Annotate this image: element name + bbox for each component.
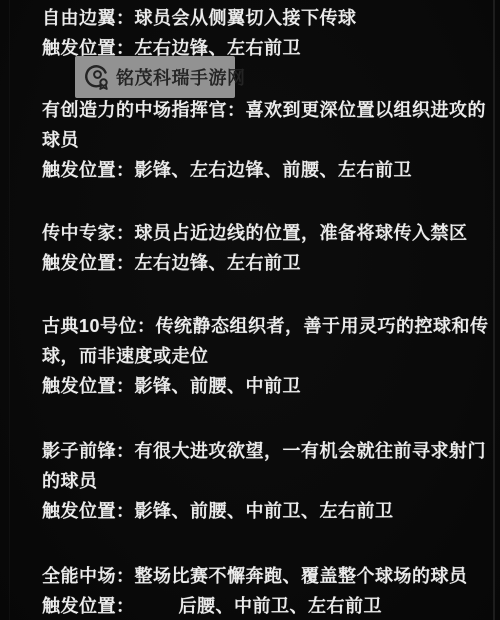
trigger-values: 后腰、中前卫、左右前卫 <box>179 596 383 616</box>
role-description-line: 有创造力的中场指挥官：喜欢到更深位置以组织进攻的 <box>42 95 480 125</box>
role-description-line: 传中专家：球员占近边线的位置，准备将球传入禁区 <box>42 218 480 248</box>
role-section-shadow-striker: 影子前锋：有很大进攻欲望，一有机会就往前寻求射门 的球员 触发位置：影锋、前腰、… <box>42 436 480 526</box>
role-description-line: 的球员 <box>42 466 480 496</box>
role-section-free-winger: 自由边翼：球员会从侧翼切入接下传球 触发位置：左右边锋、左右前卫 <box>42 3 480 63</box>
circle-logo-icon <box>83 62 111 92</box>
role-description-line: 全能中场：整场比赛不懈奔跑、覆盖整个球场的球员 <box>42 561 480 591</box>
watermark-text: 铭茂科瑞手游网 <box>116 64 246 90</box>
role-guide-page: 自由边翼：球员会从侧翼切入接下传球 触发位置：左右边锋、左右前卫 有创造力的中场… <box>0 0 500 620</box>
role-section-box-to-box: 全能中场：整场比赛不懈奔跑、覆盖整个球场的球员 触发位置：后腰、中前卫、左右前卫 <box>42 561 480 620</box>
role-description-line: 影子前锋：有很大进攻欲望，一有机会就往前寻求射门 <box>42 436 480 466</box>
role-section-cross-specialist: 传中专家：球员占近边线的位置，准备将球传入禁区 触发位置：左右边锋、左右前卫 <box>42 218 480 278</box>
trigger-label: 触发位置： <box>42 596 135 616</box>
trigger-positions-line: 触发位置：影锋、前腰、中前卫、左右前卫 <box>42 496 480 526</box>
role-description-line: 球员 <box>42 125 480 155</box>
trigger-positions-line: 触发位置：后腰、中前卫、左右前卫 <box>42 591 480 620</box>
watermark-badge: 铭茂科瑞手游网 <box>75 56 235 98</box>
role-section-classic-no10: 古典10号位：传统静态组织者，善于用灵巧的控球和传 球，而非速度或走位 触发位置… <box>42 311 480 401</box>
role-description-line: 球，而非速度或走位 <box>42 341 480 371</box>
role-section-creative-playmaker: 有创造力的中场指挥官：喜欢到更深位置以组织进攻的 球员 触发位置：影锋、左右边锋… <box>42 95 480 185</box>
trigger-positions-line: 触发位置：影锋、前腰、中前卫 <box>42 371 480 401</box>
trigger-positions-line: 触发位置：影锋、左右边锋、前腰、左右前卫 <box>42 155 480 185</box>
role-description-line: 自由边翼：球员会从侧翼切入接下传球 <box>42 3 480 33</box>
role-description-line: 古典10号位：传统静态组织者，善于用灵巧的控球和传 <box>42 311 480 341</box>
trigger-positions-line: 触发位置：左右边锋、左右前卫 <box>42 248 480 278</box>
left-edge-artifact <box>9 0 10 620</box>
right-edge-artifact <box>493 0 495 620</box>
